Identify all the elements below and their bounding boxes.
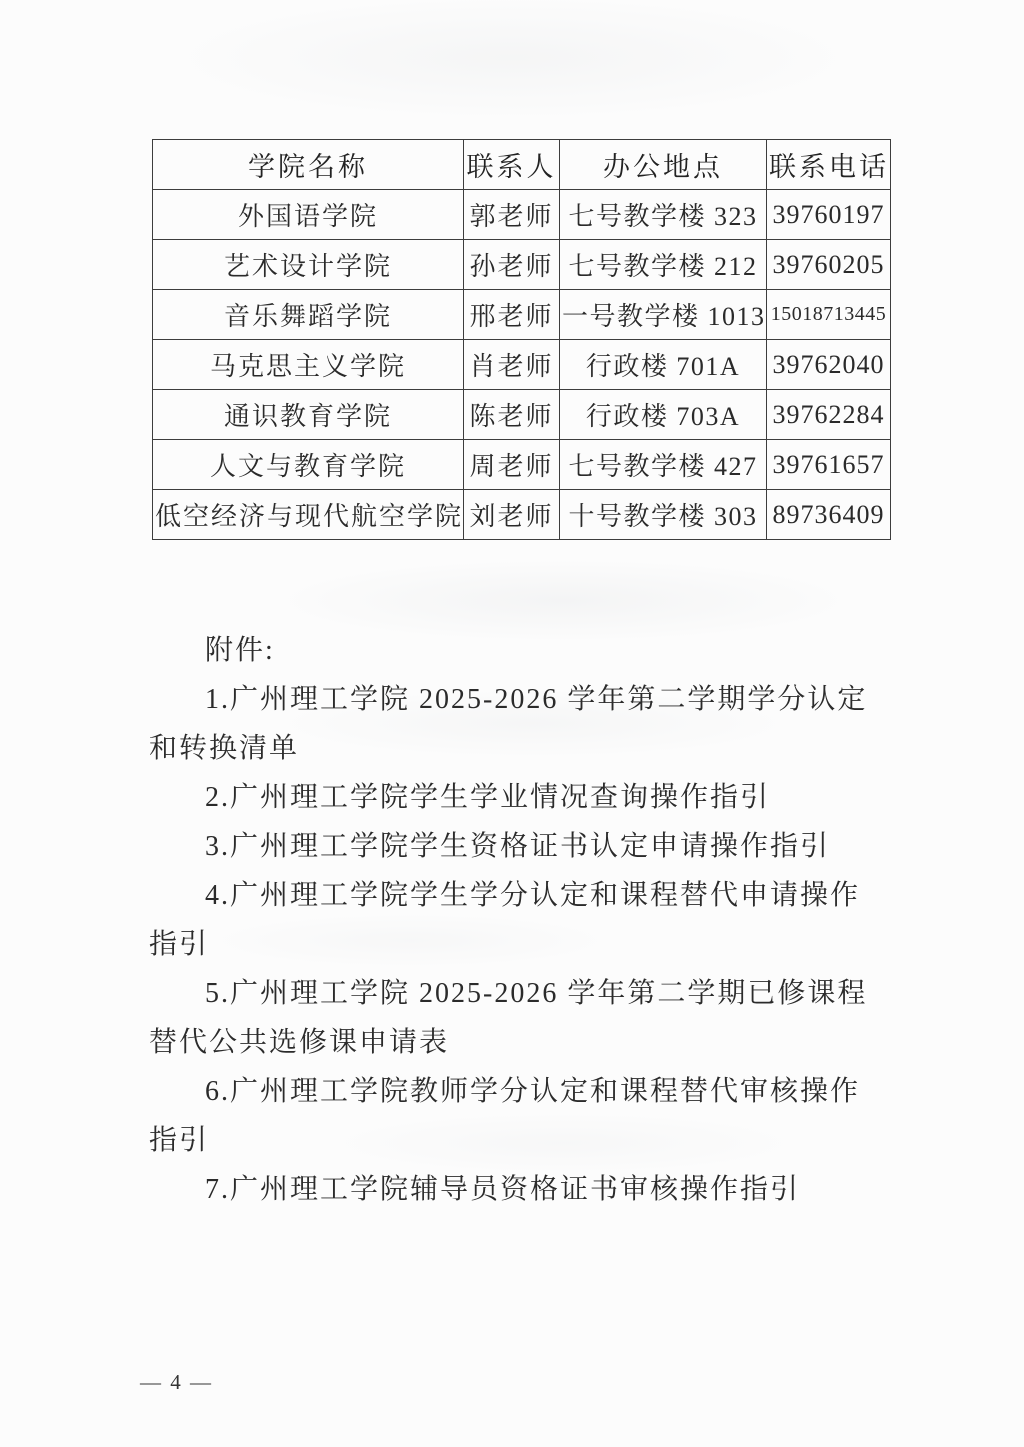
- cell-college: 音乐舞蹈学院: [153, 290, 464, 340]
- attachment-item-4: 4.广州理工学院学生学分认定和课程替代申请操作指引: [149, 871, 878, 969]
- cell-college: 马克思主义学院: [153, 340, 464, 390]
- cell-office: 七号教学楼 323: [560, 190, 767, 240]
- cell-office: 十号教学楼 303: [560, 490, 767, 540]
- scanned-document-page: 学院名称 联系人 办公地点 联系电话 外国语学院 郭老师 七号教学楼 323 3…: [0, 0, 1024, 1447]
- cell-contact: 孙老师: [464, 240, 560, 290]
- cell-office: 七号教学楼 427: [560, 440, 767, 490]
- attachment-item-2: 2.广州理工学院学生学业情况查询操作指引: [149, 773, 878, 822]
- cell-contact: 郭老师: [464, 190, 560, 240]
- attachments-label: 附件:: [149, 626, 878, 675]
- attachment-item-1: 1.广州理工学院 2025-2026 学年第二学期学分认定和转换清单: [149, 675, 878, 773]
- cell-phone: 39760205: [767, 240, 891, 290]
- table-row: 马克思主义学院 肖老师 行政楼 701A 39762040: [153, 340, 891, 390]
- cell-phone: 15018713445: [767, 290, 891, 340]
- attachment-item-5: 5.广州理工学院 2025-2026 学年第二学期已修课程替代公共选修课申请表: [149, 969, 878, 1067]
- attachment-item-6: 6.广州理工学院教师学分认定和课程替代审核操作指引: [149, 1067, 878, 1165]
- cell-college: 人文与教育学院: [153, 440, 464, 490]
- table-row: 音乐舞蹈学院 邢老师 一号教学楼 1013B 15018713445: [153, 290, 891, 340]
- cell-college: 艺术设计学院: [153, 240, 464, 290]
- table-row: 艺术设计学院 孙老师 七号教学楼 212 39760205: [153, 240, 891, 290]
- table-row: 通识教育学院 陈老师 行政楼 703A 39762284: [153, 390, 891, 440]
- attachments-section: 附件: 1.广州理工学院 2025-2026 学年第二学期学分认定和转换清单 2…: [149, 626, 878, 1214]
- col-header-phone: 联系电话: [767, 140, 891, 190]
- cell-phone: 39762284: [767, 390, 891, 440]
- cell-office: 行政楼 701A: [560, 340, 767, 390]
- cell-phone: 39762040: [767, 340, 891, 390]
- cell-college: 外国语学院: [153, 190, 464, 240]
- page-number: — 4 —: [140, 1370, 213, 1395]
- cell-college: 通识教育学院: [153, 390, 464, 440]
- cell-phone: 89736409: [767, 490, 891, 540]
- cell-office: 七号教学楼 212: [560, 240, 767, 290]
- table-header-row: 学院名称 联系人 办公地点 联系电话: [153, 140, 891, 190]
- college-contact-table: 学院名称 联系人 办公地点 联系电话 外国语学院 郭老师 七号教学楼 323 3…: [152, 139, 891, 540]
- cell-phone: 39760197: [767, 190, 891, 240]
- table-row: 外国语学院 郭老师 七号教学楼 323 39760197: [153, 190, 891, 240]
- cell-phone: 39761657: [767, 440, 891, 490]
- table-row: 低空经济与现代航空学院 刘老师 十号教学楼 303 89736409: [153, 490, 891, 540]
- table-row: 人文与教育学院 周老师 七号教学楼 427 39761657: [153, 440, 891, 490]
- attachment-item-7: 7.广州理工学院辅导员资格证书审核操作指引: [149, 1165, 878, 1214]
- attachment-item-3: 3.广州理工学院学生资格证书认定申请操作指引: [149, 822, 878, 871]
- col-header-contact-person: 联系人: [464, 140, 560, 190]
- cell-office: 行政楼 703A: [560, 390, 767, 440]
- cell-contact: 周老师: [464, 440, 560, 490]
- cell-office: 一号教学楼 1013B: [560, 290, 767, 340]
- cell-contact: 邢老师: [464, 290, 560, 340]
- cell-contact: 刘老师: [464, 490, 560, 540]
- cell-college: 低空经济与现代航空学院: [153, 490, 464, 540]
- cell-contact: 肖老师: [464, 340, 560, 390]
- col-header-college-name: 学院名称: [153, 140, 464, 190]
- cell-contact: 陈老师: [464, 390, 560, 440]
- col-header-office-location: 办公地点: [560, 140, 767, 190]
